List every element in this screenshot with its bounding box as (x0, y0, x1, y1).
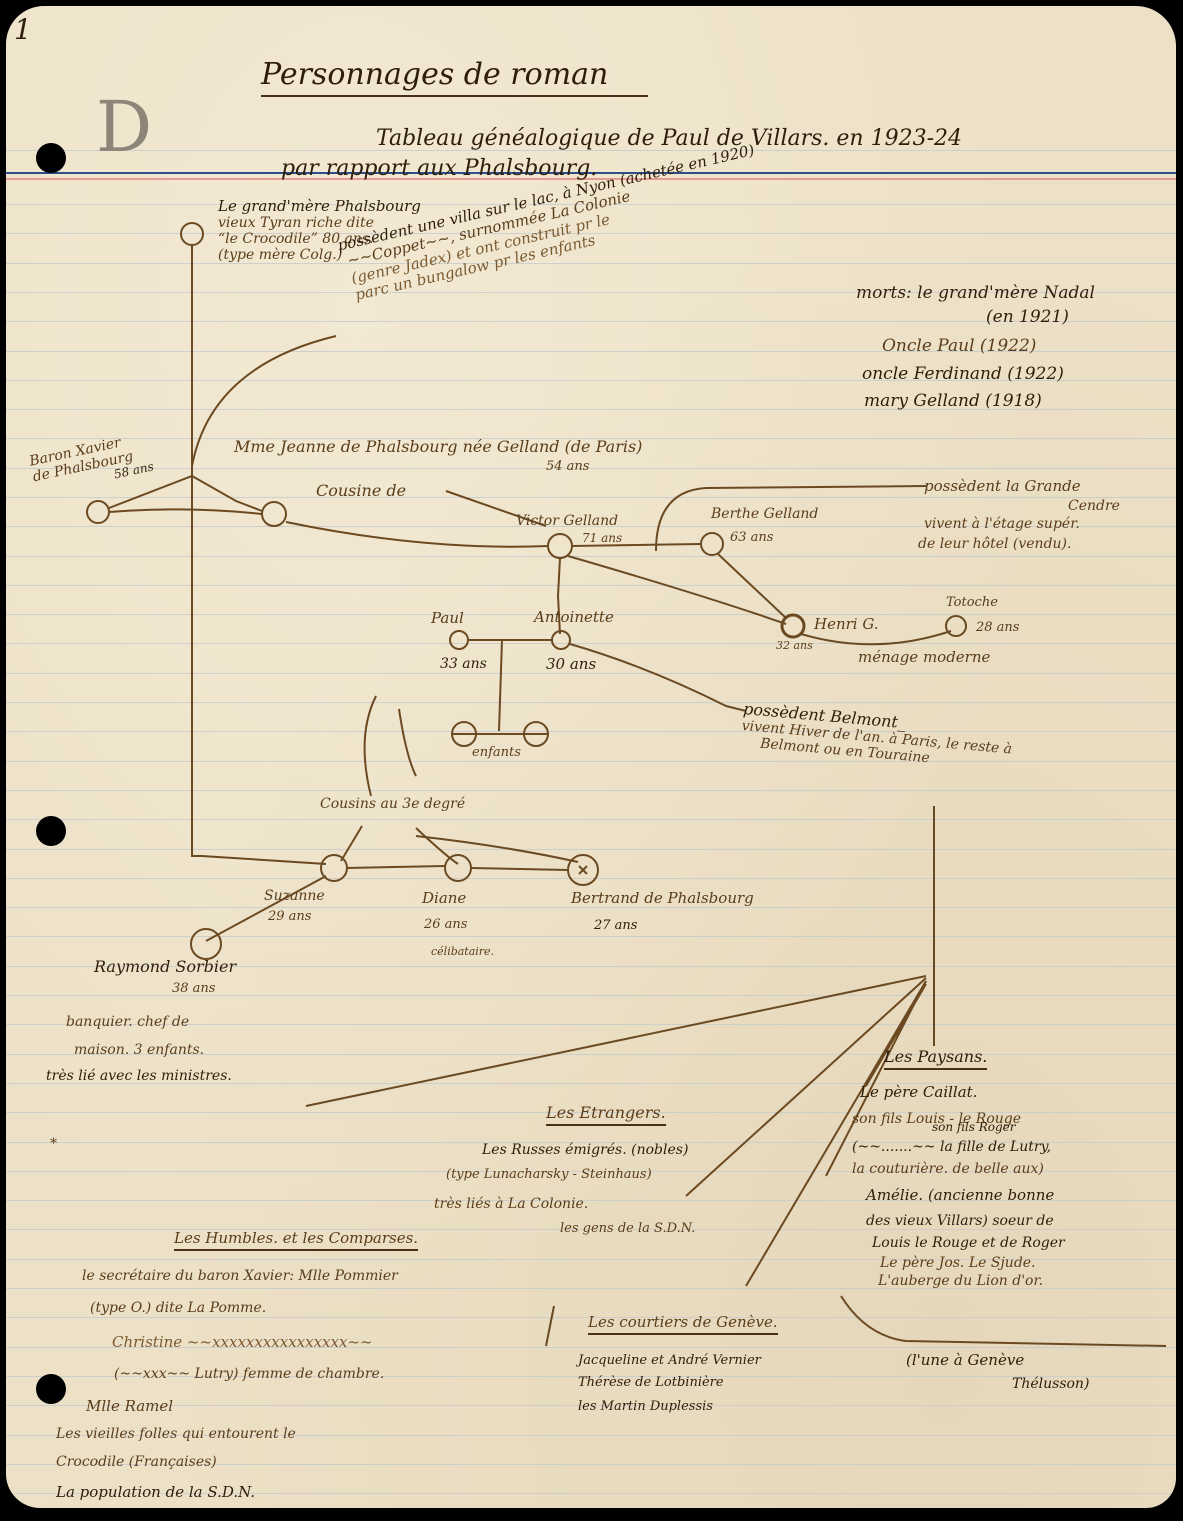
henri-name: Henri G. (814, 616, 879, 633)
diane-age: 26 ans (424, 918, 467, 933)
humbles-line: Mlle Ramel (86, 1398, 173, 1415)
paysans-heading: Les Paysans. (884, 1048, 987, 1070)
deaths-line-2: (en 1921) (856, 308, 1095, 328)
subtitle-line-1: Tableau généalogique de Paul de Villars.… (376, 126, 962, 151)
etrangers-line: (type Lunacharsky - Steinhaus) (446, 1168, 652, 1183)
grande-cendre-line-2: Cendre (1068, 498, 1120, 514)
node-baron (87, 501, 109, 523)
page-title: Personnages de roman (261, 58, 648, 97)
node-paul (450, 631, 468, 649)
etrangers-line: Les Russes émigrés. (nobles) (482, 1142, 688, 1158)
paul-age: 33 ans (440, 656, 487, 672)
subtitle-line-2: par rapport aux Phalsbourg. (281, 156, 597, 181)
notebook-page: 1 D Personnages de roman Tableau généalo… (6, 6, 1176, 1508)
paysans-line: Louis le Rouge et de Roger (852, 1235, 1065, 1251)
node-totoche (946, 616, 966, 636)
bertrand-age: 27 ans (594, 919, 637, 934)
paysans-line: son fils Roger (852, 1121, 1065, 1135)
note-deaths: morts: le grand'mère Nadal (en 1921) Onc… (856, 284, 1095, 412)
etrangers-line: les gens de la S.D.N. (560, 1222, 695, 1237)
paysans-line: L'auberge du Lion d'or. (852, 1273, 1065, 1289)
grande-cendre-line-3: vivent à l'étage supér. (924, 516, 1080, 532)
courtiers-heading: Les courtiers de Genève. (588, 1314, 778, 1335)
raymond-job: banquier. chef de (66, 1014, 189, 1030)
node-jeanne (262, 502, 286, 526)
berthe-age: 63 ans (730, 531, 773, 546)
humbles-line: le secrétaire du baron Xavier: Mlle Pomm… (82, 1268, 398, 1284)
courtiers-aside: (l'une à Genève (906, 1352, 1024, 1369)
node-antoinette (552, 631, 570, 649)
node-berthe (701, 533, 723, 555)
deaths-line-3: Oncle Paul (1922) (856, 337, 1095, 357)
raymond-family: maison. 3 enfants. (74, 1042, 204, 1058)
raymond-relations: très lié avec les ministres. (46, 1068, 232, 1084)
humbles-line: Les vieilles folles qui entourent le (56, 1426, 296, 1442)
courtiers-line: Thérèse de Lotbinière (578, 1376, 724, 1391)
menage-moderne: ménage moderne (858, 649, 990, 666)
henri-age: 32 ans (776, 640, 813, 653)
node-henri (782, 615, 804, 637)
humbles-line: La population de la S.D.N. (56, 1484, 255, 1501)
humbles-line: (~~xxx~~ Lutry) femme de chambre. (114, 1366, 384, 1382)
courtiers-line: Jacqueline et André Vernier (578, 1354, 761, 1369)
totoche-age: 28 ans (976, 621, 1019, 636)
raymond-age: 38 ans (172, 982, 215, 997)
node-raymond (191, 929, 221, 959)
paysans-line: Amélie. (ancienne bonne (852, 1187, 1065, 1204)
berthe-name: Berthe Gelland (711, 506, 818, 522)
raymond-name: Raymond Sorbier (94, 958, 236, 976)
deaths-line-5: mary Gelland (1918) (856, 392, 1095, 412)
bertrand-name: Bertrand de Phalsbourg (571, 890, 754, 907)
paul-name: Paul (431, 610, 464, 627)
corner-page-mark: 1 (14, 14, 32, 46)
deaths-line-4: oncle Ferdinand (1922) (856, 365, 1095, 385)
etrangers-line: très liés à La Colonie. (434, 1196, 588, 1212)
paysans-line: la couturière. de belle aux) (852, 1161, 1065, 1177)
antoinette-age: 30 ans (546, 656, 596, 673)
node-diane (445, 855, 471, 881)
grande-cendre-line-1: possèdent la Grande (924, 478, 1081, 495)
diane-status: célibataire. (431, 946, 494, 959)
courtiers-aside: Thélusson) (1012, 1376, 1089, 1392)
paysans-line: Le père Jos. Le Sjude. (852, 1255, 1065, 1271)
paysans-line: Le père Caillat. (852, 1084, 1065, 1101)
jeanne-name: Mme Jeanne de Phalsbourg née Gelland (de… (234, 438, 642, 456)
paysans-line: des vieux Villars) soeur de (852, 1213, 1065, 1229)
asterisk-mark: * (50, 1136, 57, 1152)
humbles-heading: Les Humbles. et les Comparses. (174, 1230, 418, 1251)
jeanne-age: 54 ans (546, 460, 589, 475)
humbles-line: (type O.) dite La Pomme. (90, 1300, 266, 1316)
humbles-line: Christine ~~xxxxxxxxxxxxxxxx~~ (112, 1334, 373, 1351)
cousins-label: Cousins au 3e degré (320, 796, 465, 812)
courtiers-line: les Martin Duplessis (578, 1400, 713, 1415)
grandmother-name: Le grand'mère Phalsbourg (218, 198, 421, 215)
victor-name: Victor Gelland (516, 513, 618, 529)
node-victor (548, 534, 572, 558)
grande-cendre-line-4: de leur hôtel (vendu). (918, 536, 1071, 552)
paysans-line: (~~.......~~ la fille de Lutry, (852, 1139, 1065, 1155)
suzanne-name: Suzanne (264, 888, 325, 904)
totoche-name: Totoche (946, 596, 998, 611)
antoinette-name: Antoinette (534, 609, 614, 626)
etrangers-heading: Les Etrangers. (546, 1104, 666, 1126)
paysans-list: Le père Caillat. son fils Louis - le Rou… (852, 1084, 1065, 1289)
humbles-line: Crocodile (Françaises) (56, 1454, 217, 1470)
enfants-label: enfants (472, 746, 521, 761)
deaths-line-1: morts: le grand'mère Nadal (856, 284, 1095, 304)
victor-age: 71 ans (582, 532, 622, 546)
pencil-letter: D (96, 86, 152, 168)
suzanne-age: 29 ans (268, 910, 311, 925)
diane-name: Diane (422, 890, 466, 907)
node-grandmother (181, 223, 203, 245)
jeanne-cousine: Cousine de (316, 482, 406, 500)
